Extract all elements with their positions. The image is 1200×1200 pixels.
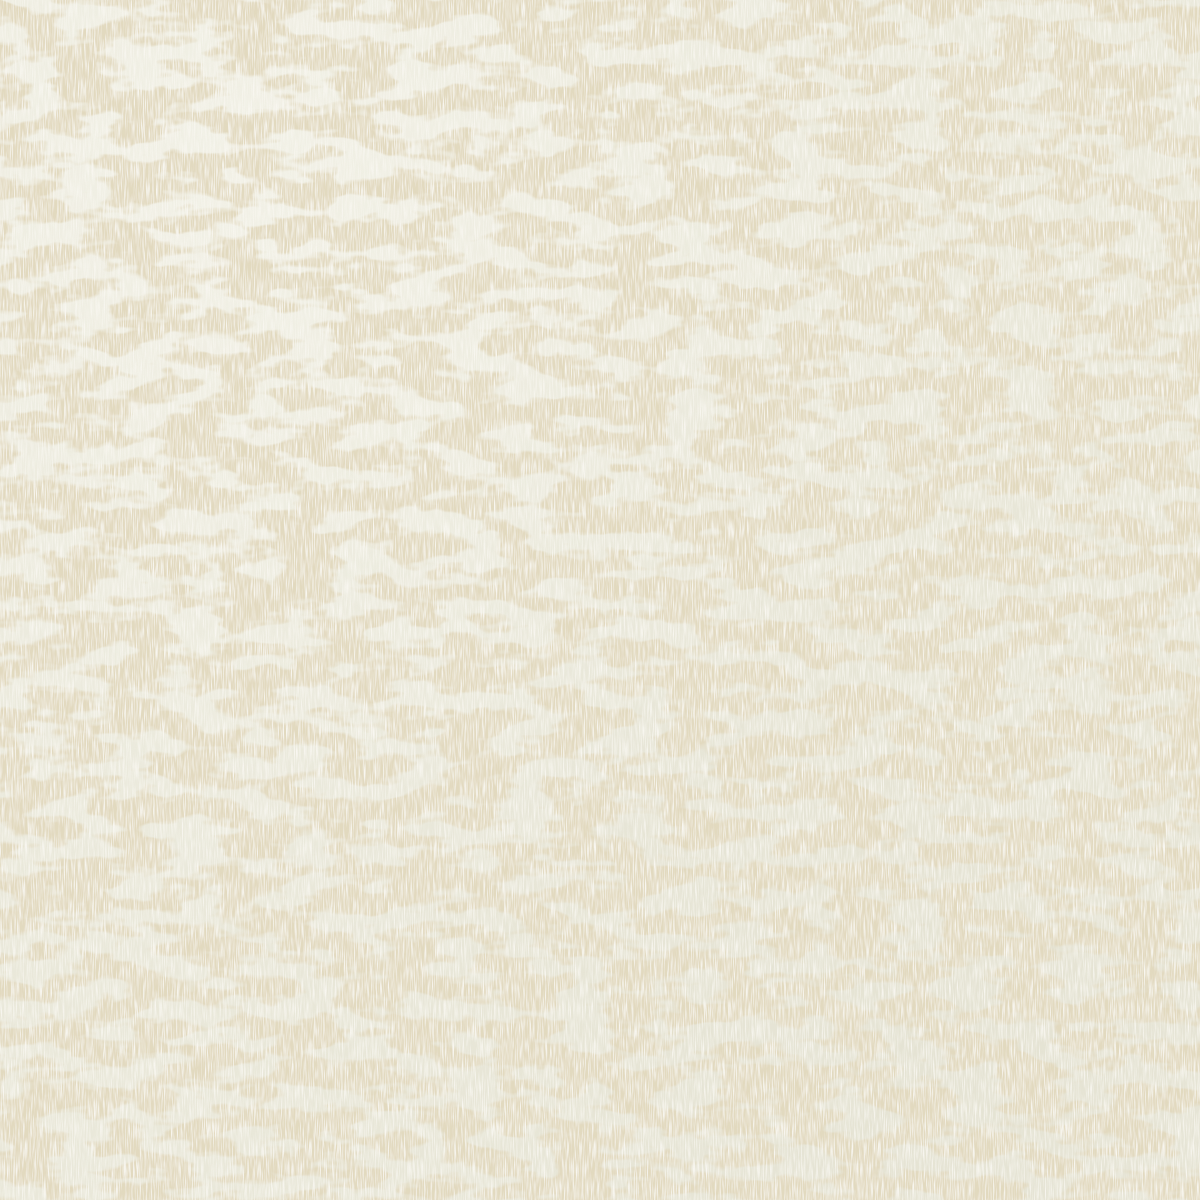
woven-pattern: [0, 0, 1200, 1200]
fabric-texture: [0, 0, 1200, 1200]
